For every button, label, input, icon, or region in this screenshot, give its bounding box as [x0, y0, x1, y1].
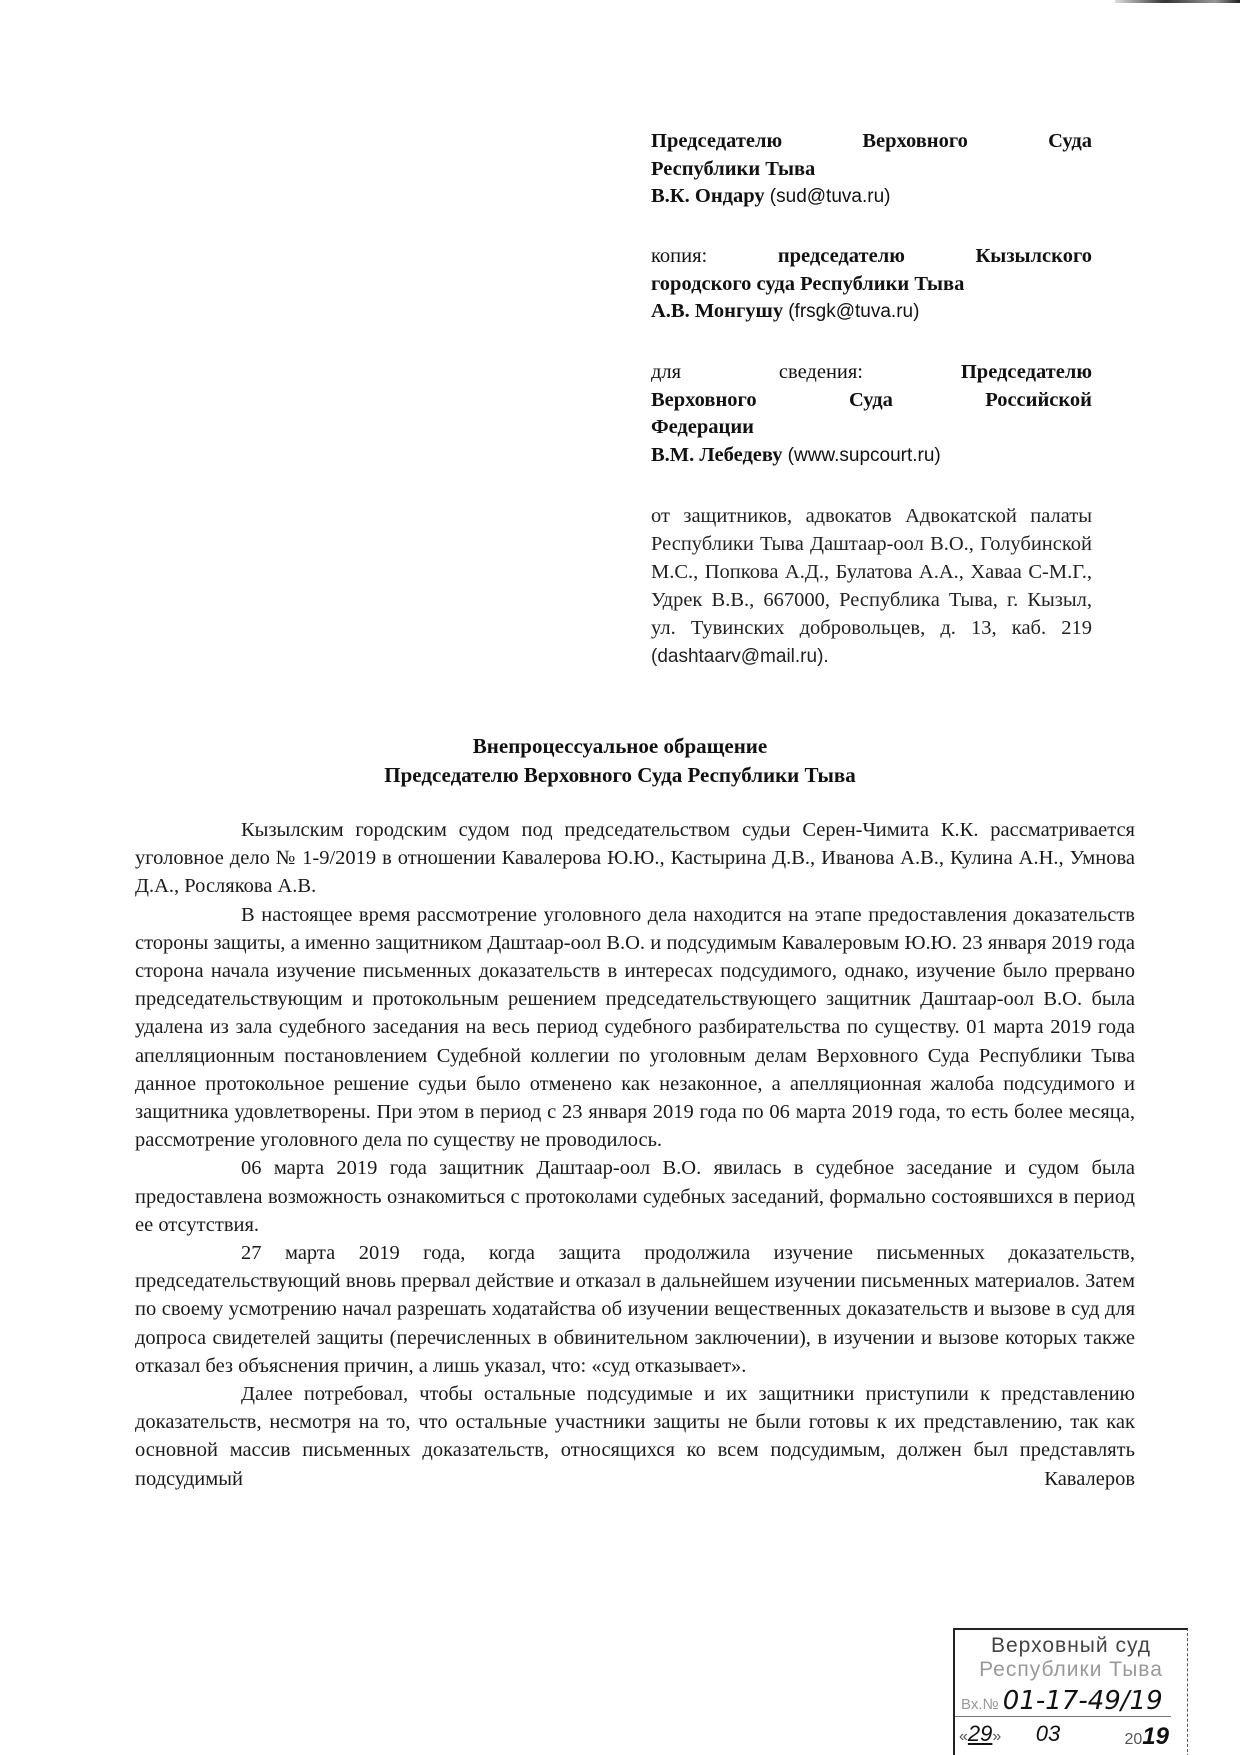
- addressee-info-title-3: Федерации: [651, 414, 1092, 442]
- addressee-primary-name: В.К. Ондару: [651, 185, 765, 207]
- stamp-reg-label: Вх.№: [961, 1696, 999, 1713]
- stamp-reg-number: 01-17-49/19: [1003, 1686, 1163, 1716]
- document-title-line-2: Председателю Верховного Суда Республики …: [0, 761, 1240, 790]
- addressee-info-title-2: Верховного Суда Российской: [651, 387, 1092, 415]
- stamp-registration: Вх.№ 01-17-49/19: [955, 1686, 1171, 1717]
- stamp-year-prefix: 20: [1125, 1731, 1143, 1748]
- stamp-year-suffix: 19: [1142, 1723, 1169, 1750]
- body-paragraph: В настоящее время рассмотрение уголовног…: [135, 901, 1135, 1155]
- document-body: Кызылским городским судом под председате…: [135, 816, 1135, 1493]
- sender-text: от защитников, адвокатов Адвокатской пал…: [651, 505, 1092, 639]
- stamp-date: «29» 03 2019: [955, 1721, 1187, 1747]
- addressee-primary-title: Председателю Верховного Суда: [651, 128, 1092, 156]
- stamp-month: 03: [1036, 1721, 1060, 1746]
- addressee-info: для сведения: Председателю Верховного Су…: [651, 359, 1092, 496]
- stamp-day: 29: [968, 1721, 992, 1746]
- stamp-court-name: Верховный суд: [955, 1634, 1187, 1658]
- addressee-copy-email: (frsgk@tuva.ru): [788, 301, 919, 322]
- scan-edge-mark: [1115, 0, 1240, 3]
- addressee-copy-title: председателю Кызылского: [778, 245, 1092, 267]
- copy-prefix: копия:: [651, 245, 707, 267]
- addressee-primary-title-2: Республики Тыва: [651, 156, 1092, 184]
- registration-stamp: Верховный суд Республики Тыва Вх.№ 01-17…: [953, 1628, 1188, 1755]
- sender-block: от защитников, адвокатов Адвокатской пал…: [651, 502, 1092, 671]
- addressee-info-name: В.М. Лебедеву: [651, 444, 783, 466]
- document-title: Внепроцессуальное обращение Председателю…: [0, 732, 1240, 790]
- body-paragraph: 27 марта 2019 года, когда защита продолж…: [135, 1239, 1135, 1380]
- addressee-primary-email: (sud@tuva.ru): [770, 186, 891, 207]
- body-paragraph: Кызылским городским судом под председате…: [135, 816, 1135, 901]
- addressee-copy: копия: председателю Кызылского городског…: [651, 243, 1092, 353]
- stamp-region: Республики Тыва: [955, 1658, 1187, 1682]
- addressee-info-title: Председателю: [961, 361, 1092, 383]
- body-paragraph: 06 марта 2019 года защитник Даштаар-оол …: [135, 1154, 1135, 1239]
- addressee-copy-name: А.В. Монгушу: [651, 300, 783, 322]
- body-paragraph: Далее потребовал, чтобы остальные подсуд…: [135, 1380, 1135, 1493]
- sender-email: (dashtaarv@mail.ru).: [651, 646, 829, 667]
- addressee-primary: Председателю Верховного Суда Республики …: [651, 128, 1092, 238]
- addressee-copy-title-2: городского суда Республики Тыва: [651, 271, 1092, 299]
- document-title-line-1: Внепроцессуальное обращение: [0, 732, 1240, 761]
- info-prefix: для сведения:: [651, 361, 863, 383]
- addressee-info-website: (www.supcourt.ru): [788, 445, 941, 466]
